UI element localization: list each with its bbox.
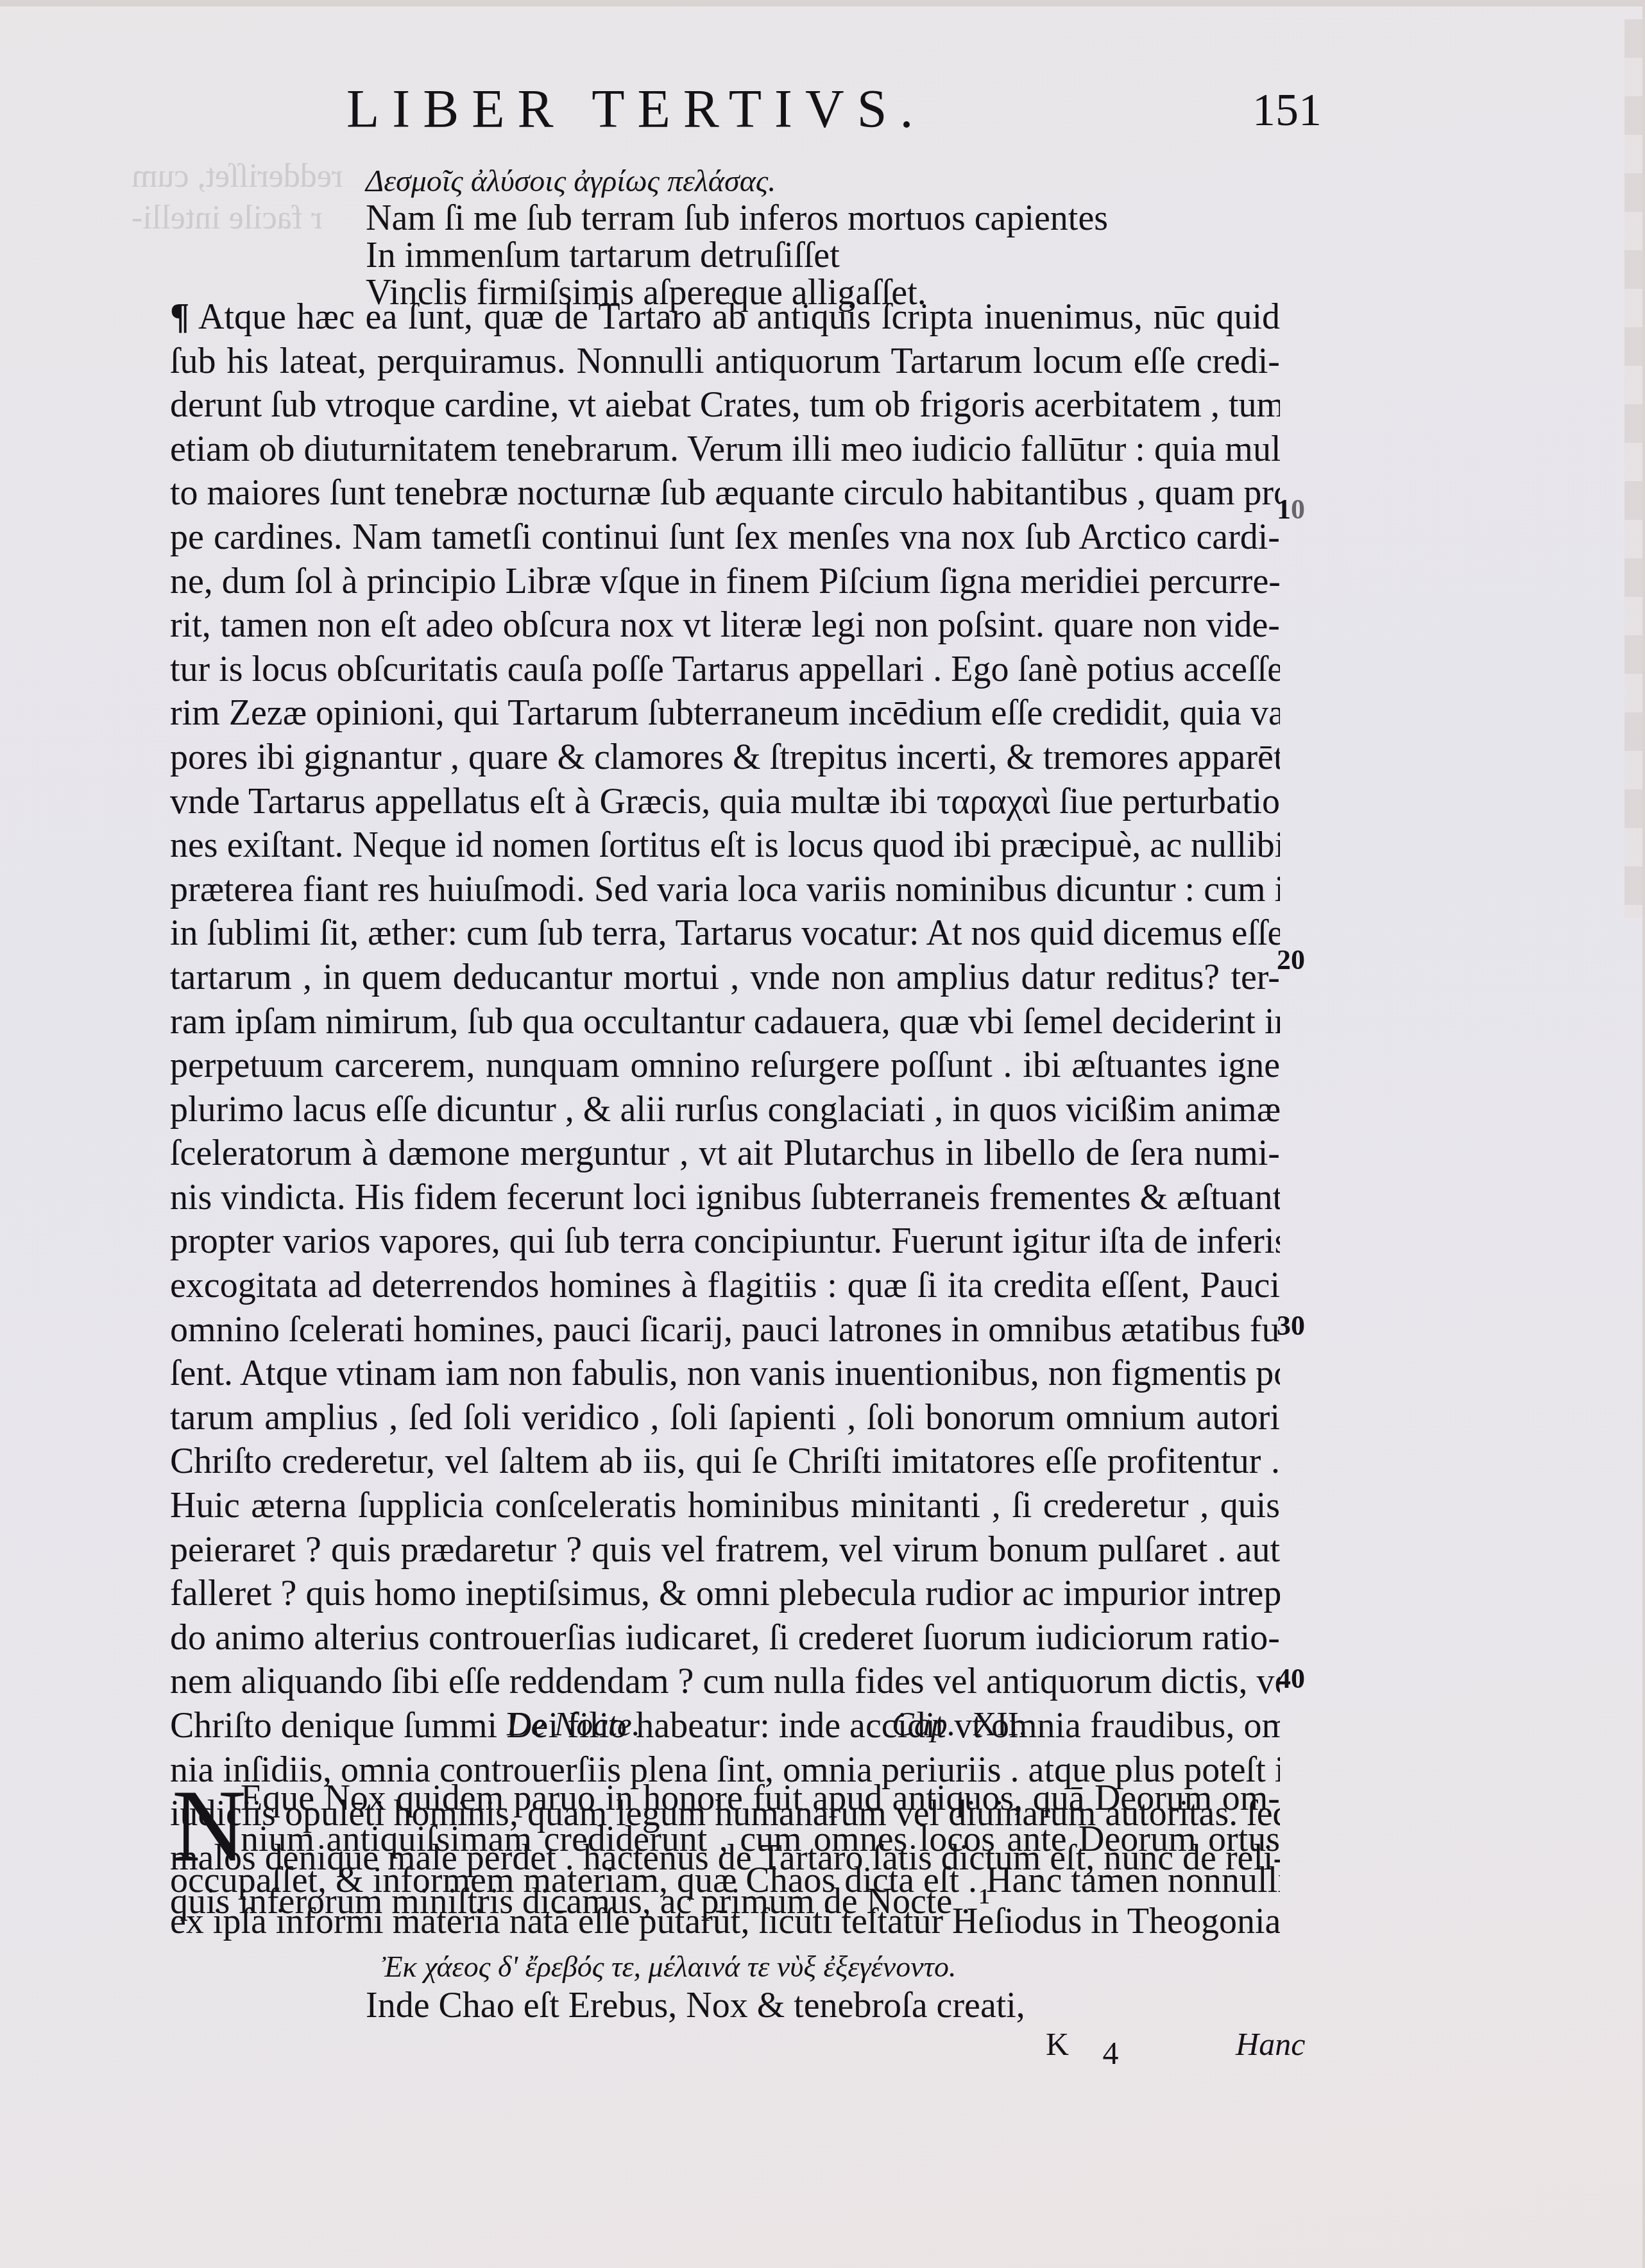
text-line: do animo alterius controuerſias iudicare… xyxy=(170,1616,1280,1660)
text-line: ram ipſam nimirum, ſub qua occultantur c… xyxy=(170,1000,1280,1044)
text-line: falleret ? quis homo ineptiſsimus, & omn… xyxy=(170,1572,1280,1616)
running-title: LIBER TERTIVS. xyxy=(346,78,926,141)
text-line: nes exiſtant. Neque id nomen ſortitus eſ… xyxy=(170,823,1280,868)
catchword: Hanc xyxy=(1236,2025,1305,2063)
margin-line-number: 20 xyxy=(1277,943,1305,976)
greek-verse-line: Δεσμοῖς ἀλύσοις ἀγρίως πελάσας. xyxy=(366,162,776,201)
margin-line-number: 40 xyxy=(1277,1662,1305,1695)
text-line: etiam ob diuturnitatem tenebrarum. Verum… xyxy=(170,427,1280,472)
chapter-number: Cap. XII. xyxy=(892,1706,1027,1744)
text-line: plurimo lacus eſſe dicuntur , & alii rur… xyxy=(170,1088,1280,1132)
text-line: vnde Tartarus appellatus eſt à Græcis, q… xyxy=(170,780,1280,824)
chapter-title: De Nocte. xyxy=(507,1706,640,1743)
text-line: pores ibi gignantur , quare & clamores &… xyxy=(170,735,1280,780)
paragraph-tartarus: ¶ Atque hæc ea ſunt, quæ de Tartaro ab a… xyxy=(170,295,1280,1924)
text-line: nium antiquiſsimam crediderunt , cum omn… xyxy=(170,1819,1280,1860)
text-line: ex ipſa informi materia natā eſſe putarū… xyxy=(170,1901,1280,1942)
text-line: rit, tamen non eſt adeo obſcura nox vt l… xyxy=(170,603,1280,648)
text-line: ſub his lateat, perquiramus. Nonnulli an… xyxy=(170,339,1280,384)
text-line: Chriſto denique ſummi Dei filio habeatur… xyxy=(170,1704,1280,1748)
text-line: Eque Nox quidem paruo in honore fuit apu… xyxy=(170,1778,1280,1819)
text-line: tarum amplius , ſed ſoli veridico , ſoli… xyxy=(170,1396,1280,1440)
text-line: ¶ Atque hæc ea ſunt, quæ de Tartaro ab a… xyxy=(170,295,1280,339)
text-line: nem aliquando ſibi eſſe reddendam ? cum … xyxy=(170,1660,1280,1704)
page-edge-stack xyxy=(1624,19,1642,918)
hesiod-latin-translation: Inde Chao eſt Erebus, Nox & tenebroſa cr… xyxy=(366,1985,1025,2026)
text-line: præterea fiant res huiuſmodi. Sed varia … xyxy=(170,868,1280,912)
paragraph-nox: Eque Nox quidem paruo in honore fuit apu… xyxy=(170,1778,1280,1942)
bleed-through-text: r facile intelli- xyxy=(132,199,322,237)
text-line: ſceleratorum à dæmone merguntur , vt ait… xyxy=(170,1131,1280,1176)
page-number: 151 xyxy=(1252,83,1322,137)
text-line: excogitata ad deterrendos homines à flag… xyxy=(170,1264,1280,1308)
chapter-heading: De Nocte. Cap. XII. xyxy=(507,1706,640,1744)
text-line: Huic æterna ſupplicia conſceleratis homi… xyxy=(170,1484,1280,1528)
running-head: LIBER TERTIVS. 151 xyxy=(346,78,1347,149)
pilcrow-icon: ¶ xyxy=(170,297,189,337)
text-line: derunt ſub vtroque cardine, vt aiebat Cr… xyxy=(170,383,1280,427)
text-line: propter varios vapores, qui ſub terra co… xyxy=(170,1219,1280,1264)
text-line: to maiores ſunt tenebræ nocturnæ ſub æqu… xyxy=(170,471,1280,515)
text-line: occupaſſet, & informem materiam, quæ Cha… xyxy=(170,1860,1280,1901)
margin-line-number: 10 xyxy=(1277,493,1305,526)
text-line: perpetuum carcerem, nunquam omnino reſur… xyxy=(170,1044,1280,1088)
verse-line: In immenſum tartarum detruſiſſet xyxy=(366,236,840,275)
hesiod-greek-quote: Ἐκ χάεος δ' ἔρεβός τε, μέλαινά τε νὺξ ἐξ… xyxy=(382,1950,957,1984)
verse-line: Nam ſi me ſub terram ſub inferos mortuos… xyxy=(366,199,1108,237)
page-footer: K 4 Hanc xyxy=(1046,2025,1305,2063)
text-line: in ſublimi ſit, æther: cum ſub terra, Ta… xyxy=(170,911,1280,956)
text-line: Chriſto crederetur, vel ſaltem ab iis, q… xyxy=(170,1439,1280,1484)
text-line: pe cardines. Nam tametſi continui ſunt ſ… xyxy=(170,515,1280,560)
signature-number: 4 xyxy=(1103,2034,1119,2072)
book-page: redderiſſet, cum r facile intelli- LIBER… xyxy=(0,6,1642,2268)
text-line: omnino ſcelerati homines, pauci ſicarij,… xyxy=(170,1308,1280,1352)
text-line: ſent. Atque vtinam iam non fabulis, non … xyxy=(170,1352,1280,1396)
text-line: tur is locus obſcuritatis cauſa poſſe Ta… xyxy=(170,648,1280,692)
text-line: nis vindicta. His fidem fecerunt loci ig… xyxy=(170,1176,1280,1220)
bleed-through-text: redderiſſet, cum xyxy=(132,157,343,195)
text-line: ne, dum ſol à principio Libræ vſque in f… xyxy=(170,560,1280,604)
signature-mark: K xyxy=(1046,2025,1069,2063)
text-line: peieraret ? quis prædaretur ? quis vel f… xyxy=(170,1528,1280,1572)
text-line: rim Zezæ opinioni, qui Tartarum ſubterra… xyxy=(170,691,1280,735)
text-line: tartarum , in quem deducantur mortui , v… xyxy=(170,956,1280,1000)
margin-line-number: 30 xyxy=(1277,1309,1305,1342)
